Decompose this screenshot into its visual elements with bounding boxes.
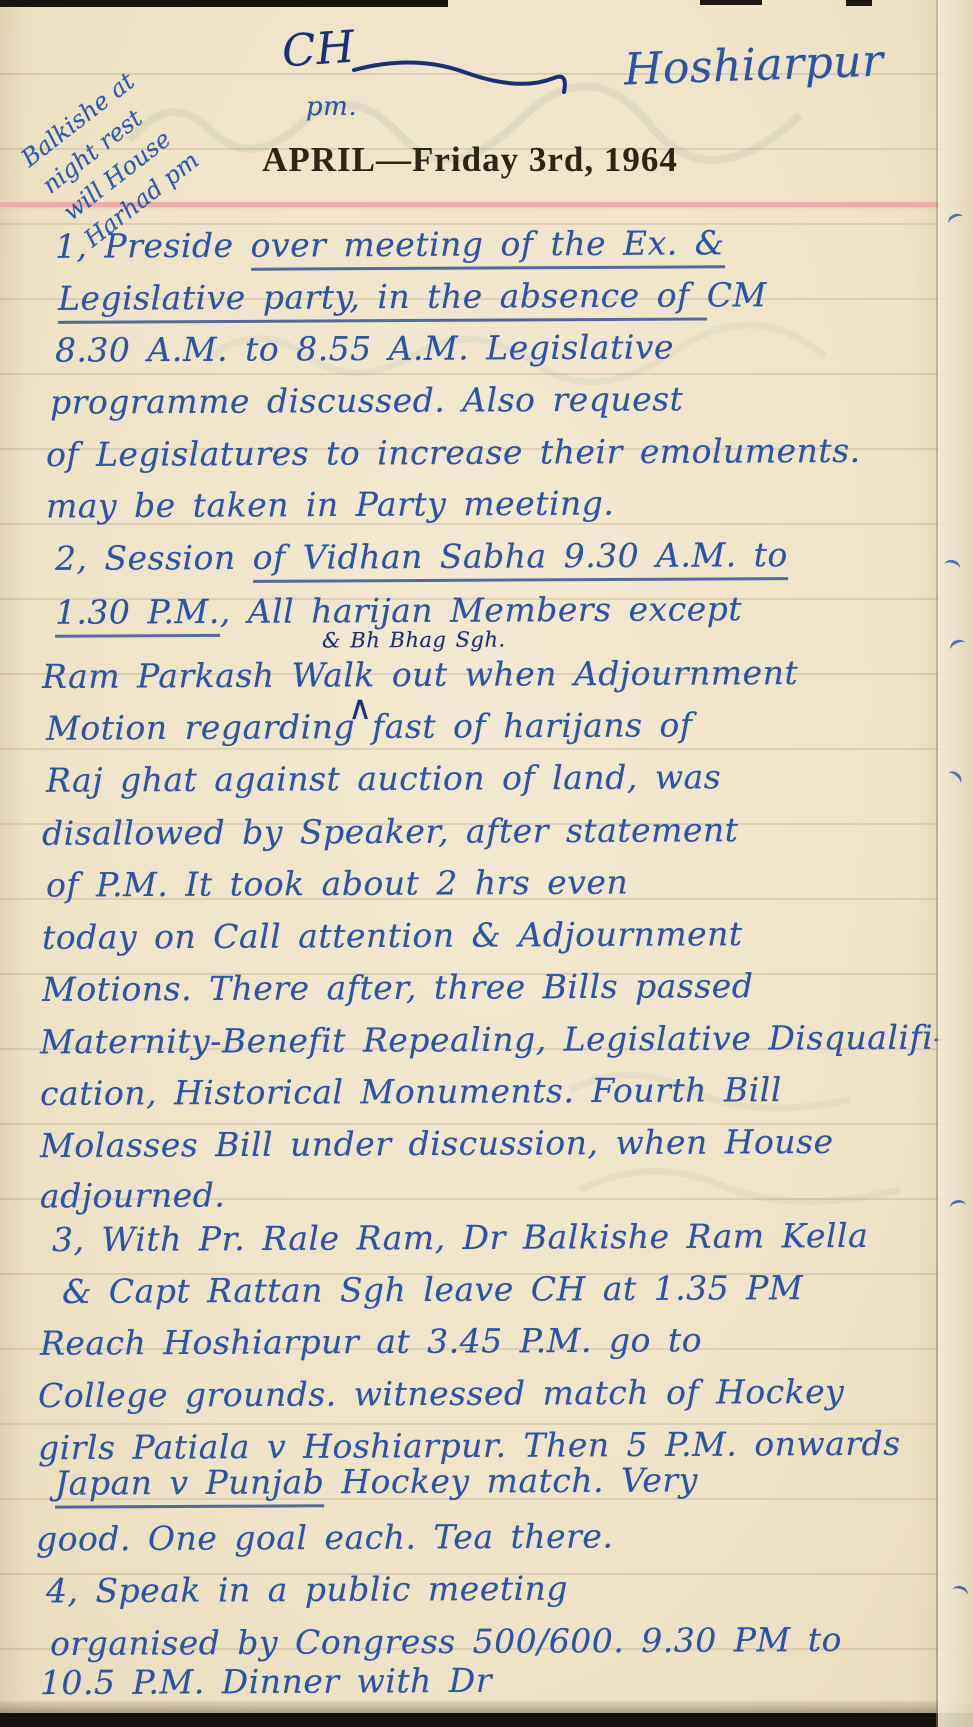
underlined-phrase: Legislative party, in the absence of bbox=[58, 275, 707, 323]
text-segment: Maternity-Benefit Repealing, Legislative… bbox=[40, 1018, 945, 1062]
text-segment: adjourned. bbox=[40, 1176, 226, 1216]
text-segment: disallowed by Speaker, after statement bbox=[42, 810, 739, 853]
text-segment: College grounds. witnessed match of Hock… bbox=[38, 1372, 845, 1415]
text-segment: & Bh Bhag Sgh. bbox=[322, 628, 506, 653]
handwritten-line: 3, With Pr. Rale Ram, Dr Balkishe Ram Ke… bbox=[52, 1216, 868, 1259]
handwritten-line: 8.30 A.M. to 8.55 A.M. Legislative bbox=[55, 327, 674, 369]
text-segment: may be taken in Party meeting. bbox=[46, 484, 615, 526]
scan-speck bbox=[846, 0, 872, 6]
underlined-phrase: 1.30 P.M. bbox=[55, 592, 220, 638]
text-segment: of Legislatures to increase their emolum… bbox=[46, 431, 861, 474]
handwritten-line: today on Call attention & Adjournment bbox=[42, 914, 743, 957]
text-segment: of P.M. It took about 2 hrs even bbox=[46, 862, 628, 904]
handwritten-line: Legislative party, in the absence of CM bbox=[58, 275, 767, 318]
text-segment: Molasses Bill under discussion, when Hou… bbox=[40, 1122, 834, 1165]
handwritten-line: of Legislatures to increase their emolum… bbox=[46, 431, 861, 474]
facing-page-edge bbox=[938, 0, 973, 1727]
handwritten-line: programme discussed. Also request bbox=[50, 379, 684, 421]
handwritten-line: 1.30 P.M., All harijan Members except bbox=[55, 589, 742, 632]
handwritten-line: Motion regarding fast of harijans of bbox=[46, 705, 693, 747]
text-segment: 4, Speak in a public meeting bbox=[46, 1569, 568, 1611]
text-segment: 2, Session bbox=[55, 538, 253, 578]
text-segment: organised by Congress 500/600. 9.30 PM t… bbox=[50, 1620, 842, 1663]
text-segment: CM bbox=[707, 275, 767, 314]
inserted-note: & Bh Bhag Sgh. bbox=[322, 628, 506, 653]
scan-speck bbox=[700, 0, 762, 5]
text-segment: & Capt Rattan Sgh leave CH at 1.35 PM bbox=[62, 1268, 803, 1311]
text-segment: Raj ghat against auction of land, was bbox=[46, 757, 721, 800]
handwritten-line: Ram Parkash Walk out when Adjournment bbox=[42, 653, 798, 696]
text-segment: good. One goal each. Tea there. bbox=[36, 1516, 614, 1558]
underlined-phrase: Japan v Punjab bbox=[55, 1462, 325, 1508]
text-segment: 8.30 A.M. to 8.55 A.M. Legislative bbox=[55, 327, 674, 369]
handwritten-line: College grounds. witnessed match of Hock… bbox=[38, 1372, 845, 1415]
handwritten-line: Maternity-Benefit Repealing, Legislative… bbox=[40, 1018, 945, 1062]
handwritten-line: 4, Speak in a public meeting bbox=[46, 1569, 568, 1611]
handwritten-line: disallowed by Speaker, after statement bbox=[42, 810, 739, 853]
text-segment: 1, Preside bbox=[55, 226, 251, 266]
text-segment: 3, With Pr. Rale Ram, Dr Balkishe Ram Ke… bbox=[52, 1216, 868, 1259]
handwritten-line: Raj ghat against auction of land, was bbox=[46, 757, 721, 800]
handwritten-line: 10.5 P.M. Dinner with Dr bbox=[40, 1661, 492, 1702]
handwritten-line: may be taken in Party meeting. bbox=[46, 484, 615, 526]
text-segment: programme discussed. Also request bbox=[50, 379, 684, 421]
text-segment: Ram Parkash Walk out when Adjournment bbox=[42, 653, 798, 696]
handwritten-line: good. One goal each. Tea there. bbox=[36, 1516, 614, 1558]
pm-note: pm. bbox=[306, 92, 357, 122]
handwritten-line: organised by Congress 500/600. 9.30 PM t… bbox=[50, 1620, 842, 1663]
handwritten-line: adjourned. bbox=[40, 1176, 226, 1216]
flourish-stroke bbox=[350, 48, 580, 108]
underlined-phrase: of Vidhan Sabha 9.30 A.M. to bbox=[253, 535, 788, 583]
text-segment: , All harijan Members except bbox=[220, 589, 743, 631]
text-segment: 10.5 P.M. Dinner with Dr bbox=[40, 1661, 492, 1702]
underlined-phrase: over meeting of the Ex. & bbox=[251, 223, 725, 270]
text-segment: Motions. There after, three Bills passed bbox=[42, 966, 754, 1009]
handwritten-line: of P.M. It took about 2 hrs even bbox=[46, 862, 628, 904]
text-segment: Hockey match. Very bbox=[324, 1460, 698, 1501]
page-crease bbox=[936, 0, 938, 1727]
scan-shadow-bottom bbox=[0, 1701, 973, 1713]
location-annotation: Hoshiarpur bbox=[623, 35, 884, 95]
handwritten-line: 2, Session of Vidhan Sabha 9.30 A.M. to bbox=[55, 535, 788, 578]
text-segment: cation, Historical Monuments. Fourth Bil… bbox=[40, 1070, 782, 1113]
handwritten-line: cation, Historical Monuments. Fourth Bil… bbox=[40, 1070, 782, 1113]
text-segment: today on Call attention & Adjournment bbox=[42, 914, 743, 957]
handwritten-line: Motions. There after, three Bills passed bbox=[42, 966, 754, 1009]
scan-border-bottom bbox=[0, 1713, 973, 1727]
handwritten-line: Reach Hoshiarpur at 3.45 P.M. go to bbox=[40, 1320, 702, 1362]
ch-annotation: CH bbox=[280, 22, 356, 78]
handwritten-line: 1, Preside over meeting of the Ex. & bbox=[55, 223, 725, 266]
handwritten-line: Molasses Bill under discussion, when Hou… bbox=[40, 1122, 834, 1165]
scan-border-top bbox=[0, 0, 448, 7]
text-segment: Reach Hoshiarpur at 3.45 P.M. go to bbox=[40, 1320, 702, 1362]
text-segment: Motion regarding fast of harijans of bbox=[46, 705, 693, 747]
handwritten-line: Japan v Punjab Hockey match. Very bbox=[55, 1460, 698, 1502]
diary-page-scan: APRIL—Friday 3rd, 1964 CH Hoshiarpur pm.… bbox=[0, 0, 973, 1727]
handwritten-line: & Capt Rattan Sgh leave CH at 1.35 PM bbox=[62, 1268, 803, 1311]
